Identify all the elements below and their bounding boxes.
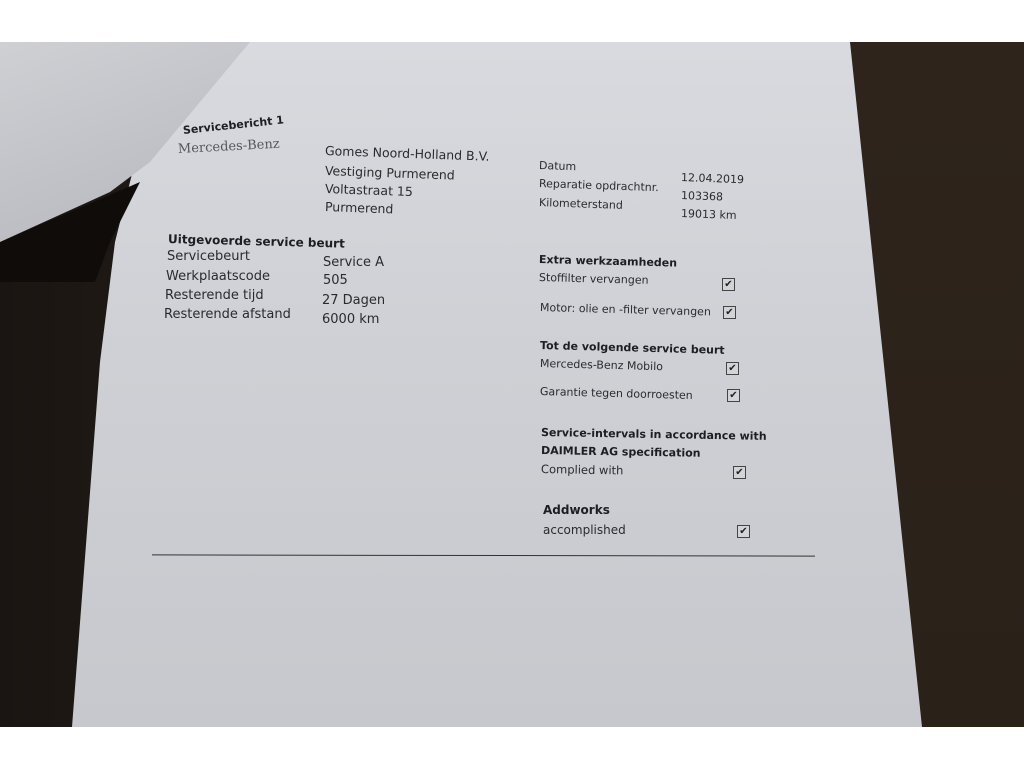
service-label: Servicebeurt xyxy=(167,249,250,264)
checkbox-cabin-filter[interactable]: ✔ xyxy=(722,278,735,291)
addworks-heading: Addworks xyxy=(543,503,610,517)
addworks-item-label: accomplished xyxy=(543,523,626,537)
meta-value-order-number: 103368 xyxy=(681,189,723,203)
workshop-code-label: Werkplaatscode xyxy=(166,269,270,284)
meta-value-mileage: 19013 km xyxy=(681,207,737,222)
workshop-code-value: 505 xyxy=(323,273,348,288)
intervals-heading-line2: DAIMLER AG specification xyxy=(541,444,701,460)
remaining-distance-label: Resterende afstand xyxy=(164,307,291,322)
intervals-item-label: Complied with xyxy=(541,462,624,477)
dealer-street: Voltastraat 15 xyxy=(325,181,413,199)
checkbox-accomplished[interactable]: ✔ xyxy=(737,525,750,538)
checkbox-rust-warranty[interactable]: ✔ xyxy=(727,389,740,402)
meta-value-date: 12.04.2019 xyxy=(681,171,744,186)
remaining-time-label: Resterende tijd xyxy=(165,288,264,303)
remaining-time-value: 27 Dagen xyxy=(322,293,385,308)
service-value: Service A xyxy=(323,255,384,270)
checkbox-oil-and-filter[interactable]: ✔ xyxy=(723,306,736,319)
meta-label-date: Datum xyxy=(539,159,577,173)
remaining-distance-value: 6000 km xyxy=(322,312,379,327)
photo-background: Servicebericht 1 Mercedes-Benz Gomes Noo… xyxy=(0,42,1024,727)
checkbox-mobilo[interactable]: ✔ xyxy=(726,362,739,375)
checkbox-complied-with[interactable]: ✔ xyxy=(733,466,746,479)
dealer-city: Purmerend xyxy=(325,199,394,216)
